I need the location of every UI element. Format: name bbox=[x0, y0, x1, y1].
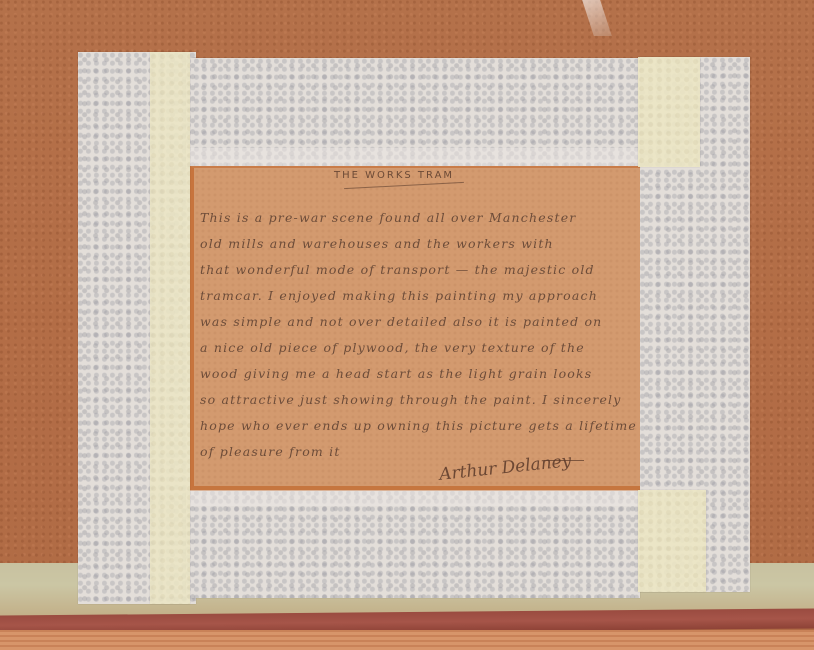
note-line: hope who ever ends up owning this pictur… bbox=[200, 418, 636, 433]
frame-wood bbox=[0, 630, 814, 650]
note-line: old mills and warehouses and the workers… bbox=[200, 236, 636, 251]
tape-overlap-bottom bbox=[186, 490, 640, 506]
signature-dash bbox=[544, 460, 584, 461]
handwritten-note: THE WORKS TRAM This is a pre-war scene f… bbox=[190, 166, 640, 491]
note-line: wood giving me a head start as the light… bbox=[200, 366, 636, 381]
masking-tape-top-right bbox=[638, 57, 700, 167]
note-line: a nice old piece of plywood, the very te… bbox=[200, 340, 636, 355]
tape-overlap-top bbox=[186, 148, 640, 166]
masking-tape-bottom-right bbox=[638, 490, 706, 592]
masking-tape-left bbox=[150, 52, 190, 604]
note-title-underline bbox=[344, 182, 464, 189]
note-line: so attractive just showing through the p… bbox=[200, 392, 636, 407]
note-line: This is a pre-war scene found all over M… bbox=[200, 210, 636, 225]
tape-bottom-horizontal bbox=[186, 490, 640, 598]
note-line: was simple and not over detailed also it… bbox=[200, 314, 636, 329]
note-line: that wonderful mode of transport — the m… bbox=[200, 262, 636, 277]
note-title: THE WORKS TRAM bbox=[334, 170, 454, 181]
note-line: tramcar. I enjoyed making this painting … bbox=[200, 288, 636, 303]
